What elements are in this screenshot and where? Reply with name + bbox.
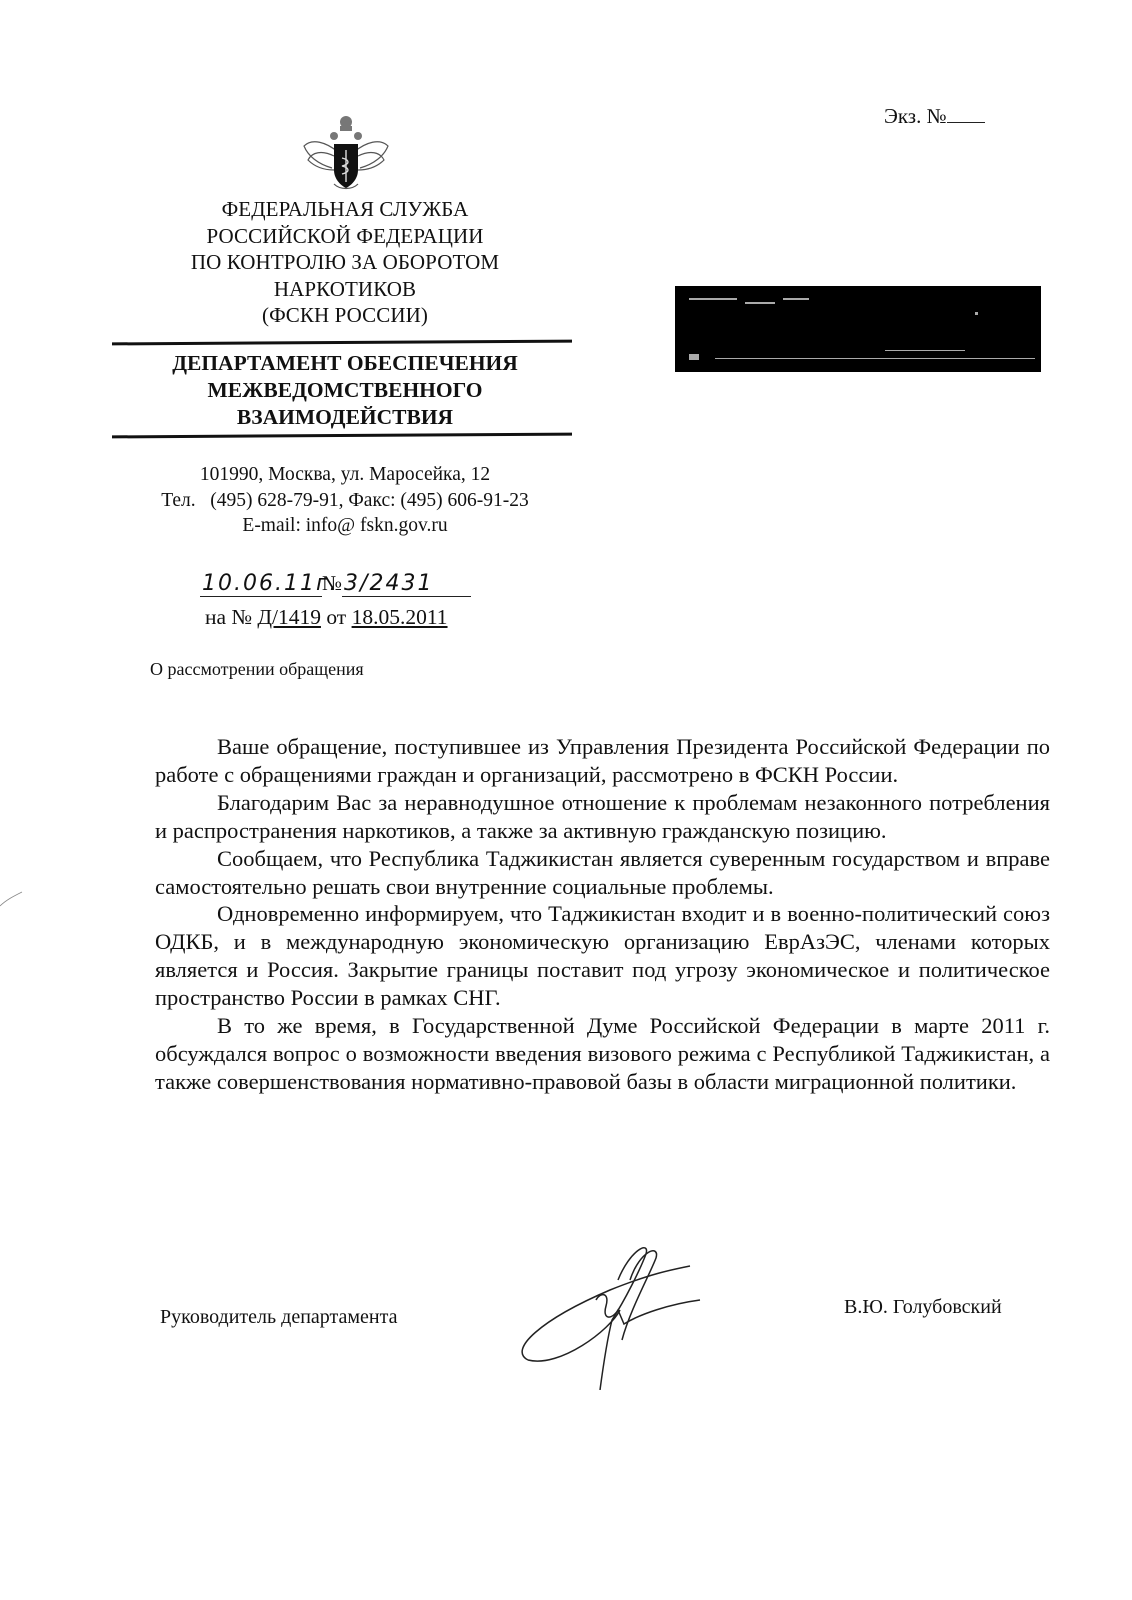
phone-fax: Тел. (495) 628-79-91, Факс: (495) 606-91… xyxy=(120,488,570,514)
handwritten-signature xyxy=(500,1240,720,1390)
signatory-role: Руководитель департамента xyxy=(160,1306,397,1329)
reference-number: Д/1419 xyxy=(257,605,321,629)
address: 101990, Москва, ул. Маросейка, 12 xyxy=(120,462,570,488)
fskn-emblem-icon xyxy=(298,112,394,196)
header-divider-top xyxy=(112,340,572,346)
body-paragraph: Сообщаем, что Республика Таджикистан явл… xyxy=(155,845,1050,901)
copy-number: Экз. № xyxy=(884,104,985,129)
agency-line: НАРКОТИКОВ xyxy=(130,276,560,303)
agency-line: РОССИЙСКОЙ ФЕДЕРАЦИИ xyxy=(130,223,560,250)
department-line: МЕЖВЕДОМСТВЕННОГО xyxy=(130,377,560,404)
redacted-recipient xyxy=(675,286,1041,372)
body-paragraph: Ваше обращение, поступившее из Управлени… xyxy=(155,733,1050,789)
contact-block: 101990, Москва, ул. Маросейка, 12 Тел. (… xyxy=(120,462,570,539)
department-line: ВЗАИМОДЕЙСТВИЯ xyxy=(130,404,560,431)
email: E-mail: info@ fskn.gov.ru xyxy=(120,513,570,539)
outgoing-number: 10.06.11г.№3/2431 xyxy=(200,571,471,597)
outgoing-number-value: 3/2431 xyxy=(342,571,471,597)
agency-name: ФЕДЕРАЛЬНАЯ СЛУЖБА РОССИЙСКОЙ ФЕДЕРАЦИИ … xyxy=(130,196,560,329)
body-paragraph: Одновременно информируем, что Таджикиста… xyxy=(155,900,1050,1012)
department-line: ДЕПАРТАМЕНТ ОБЕСПЕЧЕНИЯ xyxy=(130,350,560,377)
body-paragraph: В то же время, в Государственной Думе Ро… xyxy=(155,1012,1050,1096)
agency-line: ФЕДЕРАЛЬНАЯ СЛУЖБА xyxy=(130,196,560,223)
department-name: ДЕПАРТАМЕНТ ОБЕСПЕЧЕНИЯ МЕЖВЕДОМСТВЕННОГ… xyxy=(130,350,560,431)
body-paragraph: Благодарим Вас за неравнодушное отношени… xyxy=(155,789,1050,845)
reference-date: 18.05.2011 xyxy=(352,605,448,629)
copy-number-label: Экз. № xyxy=(884,104,947,128)
number-sign: № xyxy=(322,571,342,595)
subject-line: О рассмотрении обращения xyxy=(150,659,364,680)
reference-prefix: на № xyxy=(205,605,252,629)
signatory-name: В.Ю. Голубовский xyxy=(844,1296,1002,1319)
outgoing-date: 10.06.11г. xyxy=(200,571,322,597)
letter-body: Ваше обращение, поступившее из Управлени… xyxy=(155,733,1050,1096)
header-divider-bottom xyxy=(112,433,572,439)
agency-line: ПО КОНТРОЛЮ ЗА ОБОРОТОМ xyxy=(130,249,560,276)
reference-from: от xyxy=(326,605,346,629)
scan-artifact xyxy=(0,880,24,908)
copy-number-blank xyxy=(947,104,985,123)
reference-line: на № Д/1419 от 18.05.2011 xyxy=(205,605,448,630)
agency-line: (ФСКН РОССИИ) xyxy=(130,302,560,329)
